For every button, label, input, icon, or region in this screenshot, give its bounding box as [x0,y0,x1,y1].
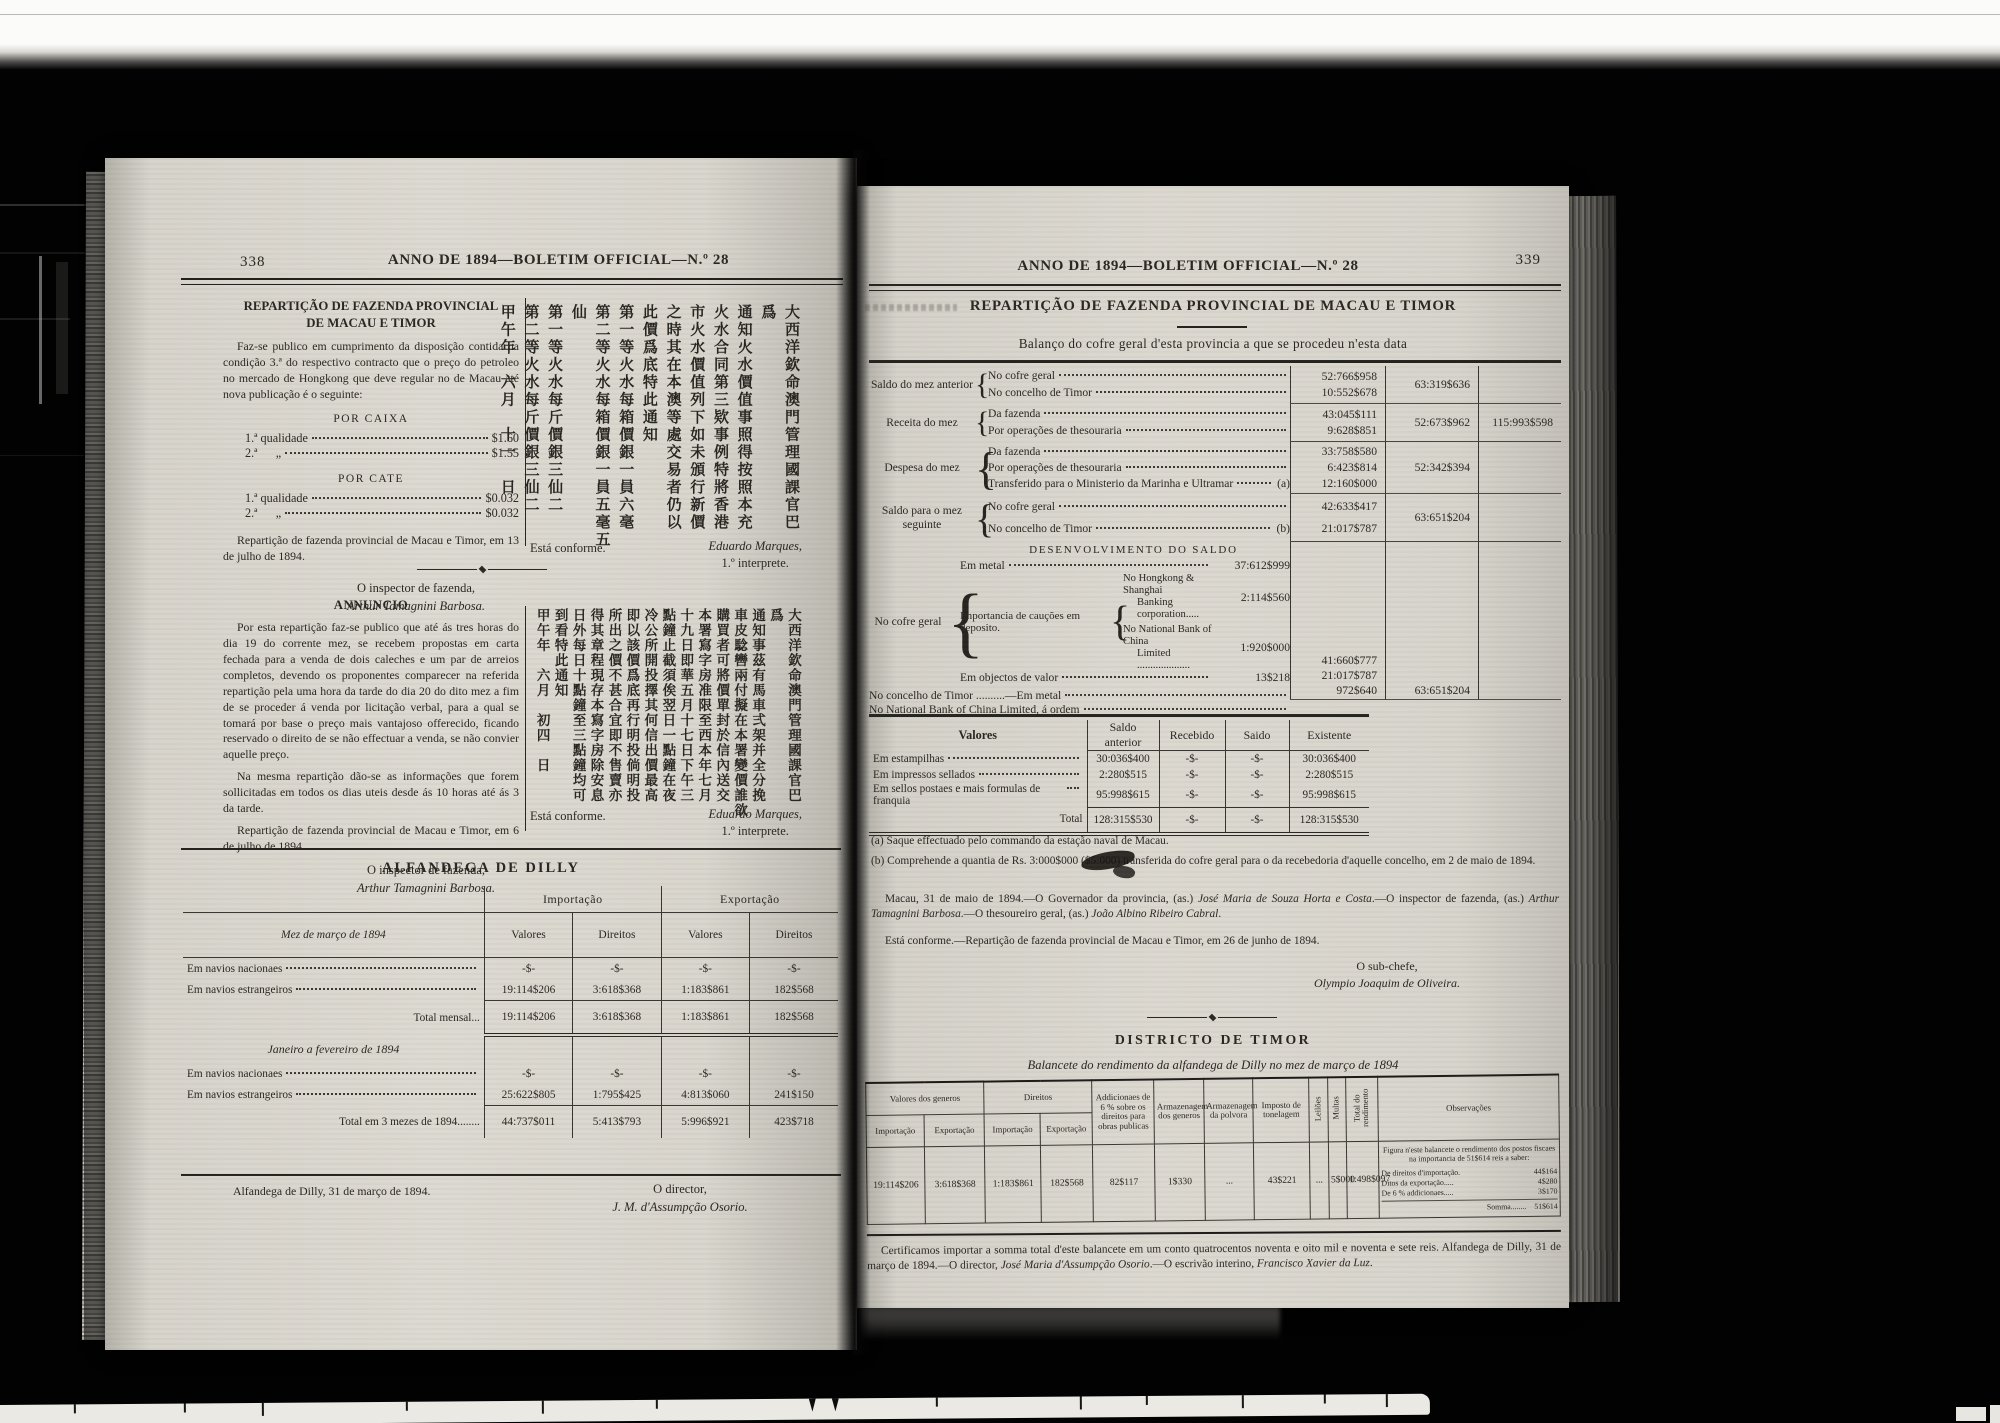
alfandega-bottom-rule [181,1174,841,1176]
cell: 241$150 [750,1084,838,1106]
dotted-leader [285,512,481,514]
cell: -$- [1225,783,1289,807]
cell: -$- [750,1063,838,1084]
chinese-notice-annuncio: 大西洋欽命澳門管理國課官巴 爲 通知事茲有馬車弍架并全分挽 車皮騐轡兩付擬在本署… [537,608,802,830]
row-group-label: Saldo do mez anterior [869,366,975,404]
running-header-left: ANNO DE 1894—BOLETIM OFFICIAL—N.º 28 [270,252,847,269]
cell: 2:280$515 [1289,767,1369,783]
brace: { [975,404,988,442]
esta-conforme: Está conforme. [530,538,606,556]
certification-text: .—O escrivão interino, [1150,1258,1257,1271]
annuncio-date-line: Repartição de fazenda provincial de Maca… [223,823,519,855]
item-label: No concelho de Timor [988,386,1092,400]
book-page-edges-right-shading [1566,196,1618,1302]
cell: -$- [573,1063,661,1084]
film-top-band [0,0,2000,70]
total-label: Total mensal... [183,1001,484,1036]
governor-name: José Maria de Souza Horta e Costa [1198,893,1372,905]
item-label: Em objectos de valor [960,671,1058,685]
page-number-left: 338 [240,254,266,271]
cell: 30:036$400 [1289,751,1369,768]
table-row: Em navios estrangeiros 25:622$805 1:795$… [183,1084,838,1106]
cell: -$- [1159,807,1225,834]
empty-cell [573,1035,661,1063]
row-group-label: Saldo para o mez seguinte [869,494,975,542]
dotted-leader [296,1093,475,1095]
cell: 19:114$206 [484,1001,572,1036]
item-label: Por operações de thesouraria [988,461,1122,475]
film-frame-tick [262,1403,264,1416]
running-header-right: ANNO DE 1894—BOLETIM OFFICIAL—N.º 28 [877,258,1499,275]
cell: 128:315$530 [1087,807,1159,834]
value: 13$218 [1212,671,1290,685]
col-header-multas: Multas [1327,1077,1346,1142]
balance-row: Saldo para o mez seguinte { No cofre ger… [869,494,1561,542]
cell: 1:183$861 [661,979,749,1001]
dotted-leader [1009,564,1208,566]
certification-paragraph: Certificamos importar a somma total d'es… [867,1230,1561,1274]
item-label: Da fazenda [988,407,1040,421]
cell: 4:813$060 [661,1084,749,1106]
total-label: Total [869,807,1087,834]
item-label: No cofre geral [988,369,1055,383]
cell: -$- [1159,783,1225,807]
book-gutter-shadow [836,150,870,1355]
annuncio-notice: ANNUNCIO Por esta repartição faz-se publ… [223,598,519,897]
balance-row: Receita do mez { Da fazenda Por operaçõe… [869,404,1561,442]
empty-cell [1478,366,1561,404]
empty-cell [183,886,484,913]
valores-table: Valores Saldo anterior Recebido Saido Ex… [869,720,1369,836]
price-row: 1.ª qualidade $1.60 [223,431,519,446]
annuncio-para2: Na mesma repartição dão-se as informaçõe… [223,769,519,817]
cell: 5:996$921 [661,1106,749,1139]
cell: -$- [1159,751,1225,768]
footnote-b: (b) Comprehende a quantia de Rs. 3:000$0… [871,854,1559,869]
film-corner-mark [1990,1405,2000,1423]
dotted-leader [1059,374,1286,376]
por-caixa-heading: POR CAIXA [223,413,519,425]
cell: 1:183$861 [985,1145,1042,1223]
signatures-paragraph: Macau, 31 de maio de 1894.—O Governador … [871,892,1559,922]
dotted-leader [1084,708,1286,710]
signature-name: J. M. d'Assumpção Osorio. [612,1198,747,1216]
footnote-ref: (a) [1277,477,1290,491]
balance-top-rule [869,360,1561,363]
column-rule [525,606,526,831]
right-page: ANNO DE 1894—BOLETIM OFFICIAL—N.º 28 339… [857,186,1569,1308]
empty-cell [1478,494,1561,542]
row-group-label: Despesa do mez [869,442,975,494]
cell: 82$117 [1092,1144,1155,1222]
cell: -$- [750,958,838,980]
table-row: Em estampilhas 30:036$400 -$- -$- 30:036… [869,751,1369,768]
header-rule-right [869,284,1561,291]
obs-value: 3$170 [1538,1186,1558,1196]
section-label: Mez de março de 1894 [183,913,484,958]
brace: { [975,366,988,404]
item-label: Transferido para o Ministerio da Marinha… [988,477,1233,491]
dotted-leader [1062,676,1208,678]
table-row-total: Total 128:315$530 -$- -$- 128:315$530 [869,807,1369,834]
price-row: 1.ª qualidade $0.032 [223,491,519,506]
cell: -$- [1159,767,1225,783]
balancete-table: Valores dos generos Direitos Addicionaes… [865,1074,1561,1225]
col-header: Recebido [1159,720,1225,751]
cell: ... [1310,1142,1329,1219]
price-row: 2.ª „ $0.032 [223,506,519,521]
dotted-leader [1044,412,1286,414]
cell: 95:998$615 [1087,783,1159,807]
petroleo-date-line: Repartição de fazenda provincial de Maca… [223,533,519,565]
table-row-total: Total em 3 mezes de 1894........ 44:737$… [183,1106,838,1139]
col-header: Valores [661,913,749,958]
price-label: 2.ª „ [245,446,281,461]
dotted-leader [1044,450,1286,452]
signature-text: .—O thesoureiro geral, (as.) [961,908,1092,920]
footnote-ref: (b) [1276,522,1290,536]
subtotal: 63:651$204 [1415,511,1470,524]
chinese-notice-annuncio-footer: Está conforme. Eduardo Marques, 1.º inte… [530,806,802,840]
dotted-leader [1096,527,1270,529]
bank-label: No Hongkong & Shanghai [1123,573,1222,597]
col-header: Valores [484,913,572,958]
film-frame-tick [542,1401,544,1414]
film-bottom-strip [0,1394,1430,1423]
film-frame-tick [936,1398,938,1407]
certification-text: . [1370,1257,1373,1269]
cell: 44:737$011 [484,1106,572,1139]
film-corner-mark [1956,1407,1986,1421]
table-row-section: Janeiro a fevereiro de 1894 [183,1035,838,1063]
dotted-leader [1126,429,1286,431]
page-number-right: 339 [1516,252,1542,269]
row-label: Em navios estrangeiros [187,984,292,996]
col-group-exportacao: Exportação [661,886,838,913]
interpreter-name: Eduardo Marques, [708,538,802,555]
obs-value: 4$280 [1538,1176,1558,1186]
price-label: 2.ª „ [245,506,281,521]
dotted-leader [296,988,475,990]
balance-row: Despesa do mez { Da fazenda Por operaçõe… [869,442,1561,494]
cell: 423$718 [750,1106,838,1139]
col-header: Direitos [750,913,838,958]
value: 9:628$851 [1327,424,1377,437]
alfandega-top-rule [181,848,841,850]
row-label: Em estampilhas [873,753,944,765]
cell: 5$000 [1328,1141,1347,1218]
cell: 1:795$425 [573,1084,661,1106]
film-top-line [0,14,2000,15]
observations-intro: Figura n'este balancete o rendimento dos… [1381,1143,1557,1165]
bank-label: No National Bank of China [1123,624,1223,648]
col-header: Valores [869,720,1087,751]
esta-conforme: Está conforme. [530,806,606,824]
item-label: No concelho de Timor [988,522,1092,536]
fazenda-title: REPARTIÇÃO DE FAZENDA PROVINCIAL DE MACA… [857,298,1569,315]
desenvolvimento-heading: DESENVOLVIMENTO DO SALDO [977,544,1290,556]
item-label: No concelho de Timor ..........—Em metal [869,689,1061,703]
film-frame-tick [1386,1394,1388,1407]
value: 42:633$417 [1322,500,1377,513]
col-group-importacao: Importação [484,886,661,913]
subchefe-signature: O sub-chefe, Olympio Joaquim de Oliveira… [1277,958,1497,993]
col-group-valores: Valores dos generos [866,1082,985,1116]
cell: 19:114$206 [484,979,572,1001]
table-row: Em navios nacionaes -$- -$- -$- -$- [183,958,838,980]
cell: -$- [1225,767,1289,783]
total: 63:651$204 [1415,684,1470,697]
cell: 5:413$793 [573,1106,661,1139]
obs-label: De 6 % addicionaes..... [1382,1187,1454,1198]
cell: 3:618$368 [925,1146,986,1224]
left-page: 338 ANNO DE 1894—BOLETIM OFFICIAL—N.º 28… [105,158,857,1350]
subtotal: 52:673$962 [1415,416,1470,429]
subtotal: 63:319$636 [1415,378,1470,391]
price-label: 1.ª qualidade [245,491,308,506]
cell: 2:280$515 [1087,767,1159,783]
obs-somma-label: Somma........ [1487,1202,1527,1212]
film-frame-tick [74,1404,76,1413]
film-frame-marker [832,1398,839,1411]
conforme-line: Está conforme.—Repartição de fazenda pro… [871,934,1559,949]
value: 21:017$787 [1322,669,1377,682]
interpreter-name: Eduardo Marques, [708,806,802,823]
total: 115:993$598 [1492,416,1553,429]
col-header-armazenagem-generos: Armazenagem dos generos [1154,1079,1204,1144]
desenvolvimento-section: DESENVOLVIMENTO DO SALDO No cofre geral … [869,542,1561,700]
item-label: Em metal [960,559,1005,573]
cell: -$- [573,958,661,980]
balancete-table-wrapper: Valores dos generos Direitos Addicionaes… [865,1074,1561,1225]
dotted-leader [1059,505,1286,507]
dotted-leader [1065,694,1286,696]
section-label: Janeiro a fevereiro de 1894 [183,1035,484,1063]
interpreter-role: 1.º interprete. [708,823,802,840]
film-frame-tick [1242,1395,1244,1408]
signature-text: Macau, 31 de maio de 1894.—O Governador … [885,893,1198,905]
cell: 182$568 [750,1001,838,1036]
cell: 43$221 [1254,1142,1311,1220]
price-value: $0.032 [485,506,519,521]
film-frame-tick [1324,1395,1326,1404]
balance-row: Saldo do mez anterior { No cofre geral N… [869,366,1561,404]
director-name: José Maria d'Assumpção Osorio [1001,1258,1150,1271]
balancete-subtitle: Balancete do rendimento da alfandega de … [857,1058,1569,1073]
balance-table: Saldo do mez anterior { No cofre geral N… [869,366,1561,700]
cell: 30:036$400 [1087,751,1159,768]
alfandega-date-line: Alfandega de Dilly, 31 de março de 1894. [233,1184,430,1200]
cell: 3:618$368 [573,1001,661,1036]
value: 52:766$958 [1322,370,1377,383]
film-frame-tick [184,1403,186,1412]
por-cate-heading: POR CATE [223,473,519,485]
item-label: Da fazenda [988,445,1040,459]
value: 21:017$787 [1322,522,1377,535]
diamond-ornament [1208,1014,1216,1022]
page-bottom-shadow [860,1306,1280,1340]
scan-streak [0,455,90,456]
bank-label: Banking corporation..... [1123,597,1222,621]
chinese-notice-petroleo: 大西洋欽命澳門管理國課官巴 爲 通知火水價值事照得按照本充 火水合同第三欵事例特… [537,304,802,556]
film-edge-strip [39,256,42,404]
interpreter-signature: Eduardo Marques, 1.º interprete. [708,806,802,840]
title-divider [1177,326,1247,328]
cell: 25:622$805 [484,1084,572,1106]
interpreter-signature: Eduardo Marques, 1.º interprete. [708,538,802,572]
alfandega-signature: O director, J. M. d'Assumpção Osorio. [575,1180,785,1216]
section-divider [1147,1014,1277,1021]
annuncio-title: ANNUNCIO [223,598,519,613]
diamond-ornament [478,566,486,574]
value: 10:552$678 [1322,386,1377,399]
brace: { [975,442,988,494]
film-frame-tick [656,1400,658,1409]
signature-name: Olympio Joaquim de Oliveira. [1314,975,1460,992]
col-group-direitos: Direitos [984,1080,1092,1114]
petroleo-body: Faz-se publico em cumprimento da disposi… [223,339,519,403]
col-header-total: Total do rendimento [1345,1077,1378,1142]
clerk-name: Francisco Xavier da Luz [1257,1257,1370,1270]
alfandega-table: Importação Exportação Mez de março de 18… [183,886,838,1138]
row-group-label: No cofre geral [869,559,947,686]
dotted-leader [948,757,1078,759]
item-label: Por operações de thesouraria [988,424,1122,438]
film-frame-tick [406,1402,408,1411]
petroleo-title-line2: DE MACAU E TIMOR [223,315,519,332]
table-row: Em sellos postaes e mais formulas de fra… [869,783,1369,807]
dotted-leader [1067,787,1079,789]
col-header: Importação [984,1114,1040,1146]
cell: 1:183$861 [661,1001,749,1036]
empty-cell [750,1035,838,1063]
price-row: 2.ª „ $1.55 [223,446,519,461]
empty-cell [1478,542,1561,700]
cell: -$- [1225,807,1289,834]
col-header: Exportação [1040,1113,1092,1145]
col-header-addicionaes: Addicionaes de 6 % sobre os direitos par… [1092,1079,1155,1144]
value: 1:920$000 [1223,641,1290,654]
film-frame-marker [809,1399,816,1412]
brace: { [975,494,988,542]
cell: -$- [661,1063,749,1084]
value: 2:114$560 [1222,591,1290,604]
districto-title: DISTRICTO DE TIMOR [857,1032,1569,1048]
cell: -$- [661,958,749,980]
empty-cell [1478,442,1561,494]
interpreter-role: 1.º interprete. [708,555,802,572]
cell: -$- [1225,751,1289,768]
cell: ... [1204,1143,1254,1221]
dotted-leader [1126,466,1286,468]
item-label: No cofre geral [988,500,1055,514]
value: 12:160$000 [1322,477,1377,490]
row-group-label: Receita do mez [869,404,975,442]
value: 41:660$777 [1322,654,1377,667]
cell: 1:498$097 [1346,1141,1379,1218]
table-row-total: Total mensal... 19:114$206 3:618$368 1:1… [183,1001,838,1036]
row-label: Em impressos sellados [873,769,975,781]
annuncio-para1: Por esta repartição faz-se publico que a… [223,620,519,763]
col-header: Exportação [924,1114,985,1146]
film-frame-tick [1080,1396,1082,1409]
signature-role: O director, [653,1180,707,1198]
table-row: Em impressos sellados 2:280$515 -$- -$- … [869,767,1369,783]
row-label: Em navios nacionaes [187,963,282,975]
cell: 3:618$368 [573,979,661,1001]
cell: -$- [484,958,572,980]
subtotal: 52:342$394 [1415,461,1470,474]
balanco-subtitle: Balanço do cofre geral d'esta provincia … [857,336,1569,352]
bank-label: Limited .................... [1123,648,1223,672]
signature-text: . [1218,908,1221,920]
col-header: Importação [866,1115,924,1147]
dotted-leader [1237,482,1271,484]
dotted-leader [312,497,482,499]
microfilm-scan: 338 ANNO DE 1894—BOLETIM OFFICIAL—N.º 28… [0,0,2000,1423]
item-label: Importancia de cauções em deposito. [960,610,1110,635]
col-header-observacoes: Observações [1378,1075,1560,1142]
dotted-leader [979,773,1079,775]
header-rule-left [181,278,843,285]
dotted-leader [285,452,487,454]
cell: -$- [484,1063,572,1084]
col-header: Saido [1225,720,1289,751]
empty-cell [661,1035,749,1063]
row-label: Em navios estrangeiros [187,1089,292,1101]
value: 43:045$111 [1322,408,1377,421]
dotted-leader [286,967,475,969]
row-label: Em navios nacionaes [187,1068,282,1080]
value: 972$640 [1336,684,1377,697]
empty-cell [484,1035,572,1063]
section-divider [417,566,547,573]
table-row: 19:114$206 3:618$368 1:183$861 182$568 8… [866,1139,1560,1224]
table-row: Em navios estrangeiros 19:114$206 3:618$… [183,979,838,1001]
total-label: Total em 3 mezes de 1894........ [183,1106,484,1139]
brace: { [1110,598,1123,646]
value: 33:758$580 [1322,445,1377,458]
cell: 128:315$530 [1289,807,1369,834]
treasurer-name: João Albino Ribeiro Cabral [1091,908,1218,920]
valores-top-rule [869,714,1369,717]
observations-cell: Figura n'este balancete o rendimento dos… [1379,1139,1561,1218]
dotted-leader [286,1072,475,1074]
value: 37:612$999 [1212,559,1290,573]
col-header-imposto: Imposto de tonelagem [1253,1078,1310,1143]
col-header-leiloes: Leilões [1309,1077,1328,1142]
alfandega-title: ALFANDEGA DE DILLY [105,860,857,877]
table-row: Em navios nacionaes -$- -$- -$- -$- [183,1063,838,1084]
chinese-notice-petroleo-footer: Está conforme. Eduardo Marques, 1.º inte… [530,538,802,572]
cell: 182$568 [750,979,838,1001]
cell: 182$568 [1041,1145,1094,1223]
obs-value: 44$164 [1534,1167,1558,1177]
value: 6:423$814 [1327,461,1377,474]
col-header: Direitos [573,913,661,958]
film-frame-tick [1146,1396,1148,1405]
col-header: Saldo anterior [1087,720,1159,751]
cell: 1$330 [1155,1143,1205,1221]
col-header: Existente [1289,720,1369,751]
brace: { [947,559,960,686]
cell: 19:114$206 [866,1147,925,1225]
obs-somma-value: 51$614 [1534,1202,1558,1212]
cell: 95:998$615 [1289,783,1369,807]
petroleo-title-line1: REPARTIÇÃO DE FAZENDA PROVINCIAL [223,298,519,315]
signature-text: .—O inspector de fazenda, (as.) [1372,893,1529,905]
row-label: Em sellos postaes e mais formulas de fra… [873,783,1063,807]
